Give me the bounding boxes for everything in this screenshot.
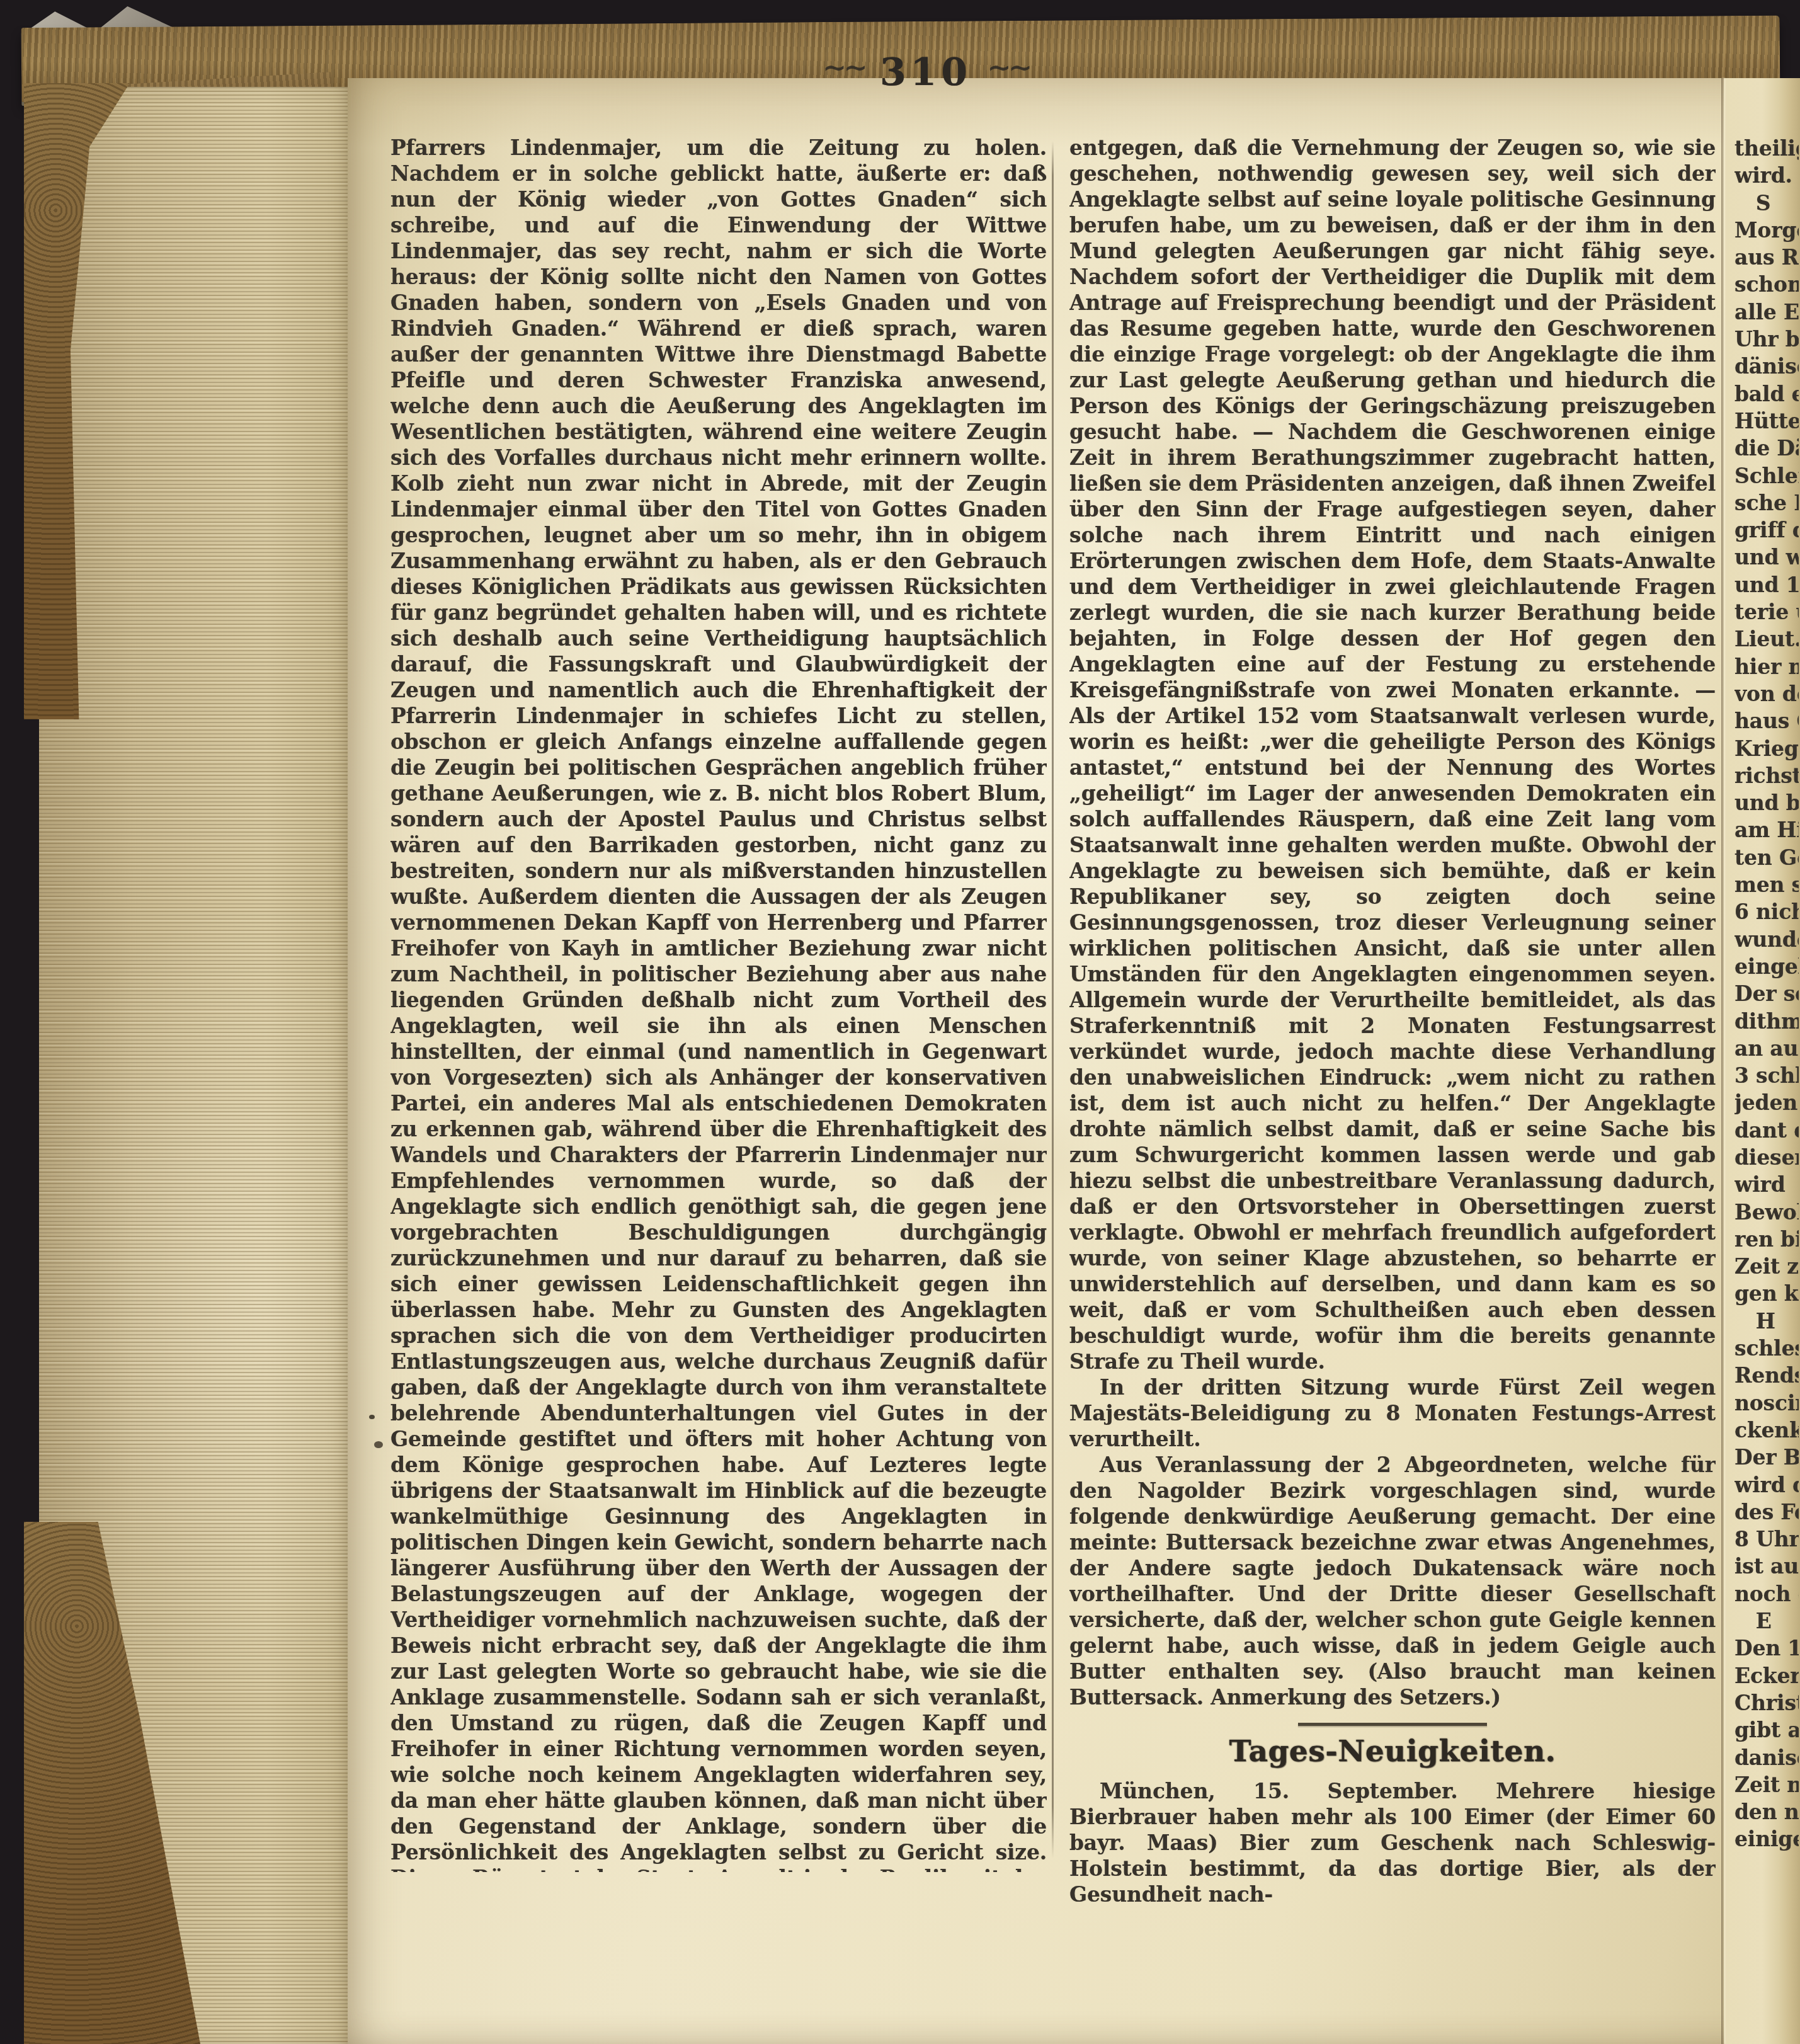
text-column-left: Pfarrers Lindenmajer, um die Zeitung zu …: [390, 135, 1047, 1872]
text-column-right: entgegen, daß die Vernehmung der Zeugen …: [1069, 135, 1716, 1953]
page-number: 310: [880, 50, 972, 94]
section-separator-rule: [1298, 1723, 1487, 1726]
muenchen-dateline-paragraph: München, 15. September. Mehrere hiesige …: [1069, 1778, 1716, 1907]
trial-report-paragraph: entgegen, daß die Vernehmung der Zeugen …: [1069, 135, 1716, 1374]
ink-spot: [369, 1415, 375, 1419]
section-heading: Tages-Neuigkeiten.: [1069, 1739, 1716, 1764]
ink-spot: [374, 1441, 383, 1448]
fuerst-zeil-paragraph: In der dritten Sitzung wurde Fürst Zeil …: [1069, 1374, 1716, 1452]
page-header: ∼∼310∼∼: [724, 50, 1127, 94]
nagold-deputies-paragraph: Aus Veranlassung der 2 Abgeordneten, wel…: [1069, 1452, 1716, 1710]
column-divider-rule: [1052, 141, 1054, 1858]
book-photograph: ∼∼310∼∼ Pfarrers Lindenmajer, um die Zei…: [0, 0, 1800, 2044]
header-ornament-left: ∼∼: [823, 50, 865, 84]
header-ornament-right: ∼∼: [987, 50, 1029, 84]
article-continuation-text: Pfarrers Lindenmajer, um die Zeitung zu …: [390, 135, 1047, 1872]
clipped-text-column: theilig, wird. S Morgen aus R schon N al…: [1734, 135, 1799, 1893]
page-fold-line: [1721, 78, 1724, 2044]
